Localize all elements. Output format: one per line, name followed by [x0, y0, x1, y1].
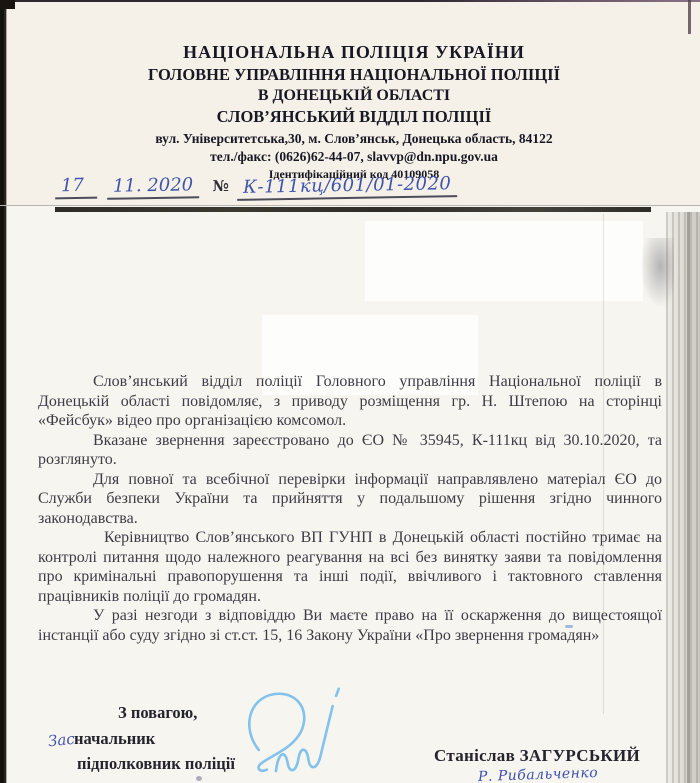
signer-position-line2: підполковник поліції	[77, 754, 235, 774]
signature-ink	[226, 681, 367, 783]
letterhead: НАЦІОНАЛЬНА ПОЛІЦІЯ УКРАЇНИ ГОЛОВНЕ УПРА…	[70, 42, 638, 182]
ink-dot	[196, 776, 202, 781]
paragraph-1: Слов’янський відділ поліції Головного уп…	[38, 372, 662, 431]
signature-stroke	[226, 681, 367, 783]
handwritten-date-rest: 11. 2020	[107, 174, 200, 200]
reference-line: 17 11. 2020 № К-111кц/601/01-2020	[55, 175, 457, 203]
paragraph-4: Керівництво Слов’янського ВП ГУНП в Доне…	[38, 528, 662, 606]
paragraph-3: Для повної та всебічної перевірки інформ…	[38, 470, 662, 529]
org-region-line: В ДОНЕЦЬКІЙ ОБЛАСТІ	[70, 87, 638, 105]
letter-body: Слов’янський відділ поліції Головного уп…	[38, 372, 662, 645]
paragraph-2: Вказане звернення зареєстровано до ЄО № …	[38, 431, 662, 470]
org-department-line: ГОЛОВНЕ УПРАВЛІННЯ НАЦІОНАЛЬНОЇ ПОЛІЦІЇ	[70, 65, 638, 85]
handwritten-ref-number: К-111кц/601/01-2020	[236, 173, 457, 201]
scan-white-patch	[365, 221, 643, 301]
handwritten-date-day: 17	[55, 175, 97, 200]
org-address: вул. Університетська,30, м. Слов’янськ, …	[70, 131, 638, 147]
org-phone-email: тел./факс: (0626)62-44-07, slavvp@dn.npu…	[70, 149, 638, 165]
signer-name: Станіслав ЗАГУРСЬКИЙ	[434, 746, 640, 766]
scan-edge-line	[687, 212, 690, 783]
org-name-line: НАЦІОНАЛЬНА ПОЛІЦІЯ УКРАЇНИ	[70, 42, 638, 63]
org-division-line: СЛОВ’ЯНСЬКИЙ ВІДДІЛ ПОЛІЦІЇ	[70, 107, 638, 127]
signer-position-line1: начальник	[74, 729, 155, 749]
paragraph-5: У разі незгоди з відповіддю Ви маєте пра…	[38, 606, 662, 645]
number-sign: №	[213, 177, 229, 195]
scan-corner-mark	[688, 0, 691, 34]
closing-regards: З повагою,	[118, 703, 197, 723]
scanned-letter-page: НАЦІОНАЛЬНА ПОЛІЦІЯ УКРАЇНИ ГОЛОВНЕ УПРА…	[0, 0, 700, 783]
scan-corner-nub	[0, 0, 15, 9]
handwritten-position-correction: Зас	[47, 730, 75, 751]
scan-left-edge	[0, 0, 7, 783]
scan-top-edge	[0, 0, 700, 2]
scan-edge-streaks	[666, 212, 700, 783]
letterhead-divider-bar	[55, 207, 651, 212]
handwritten-name-note: Р. Рибальченко	[478, 765, 599, 783]
letterhead-divider-thin	[0, 205, 700, 206]
